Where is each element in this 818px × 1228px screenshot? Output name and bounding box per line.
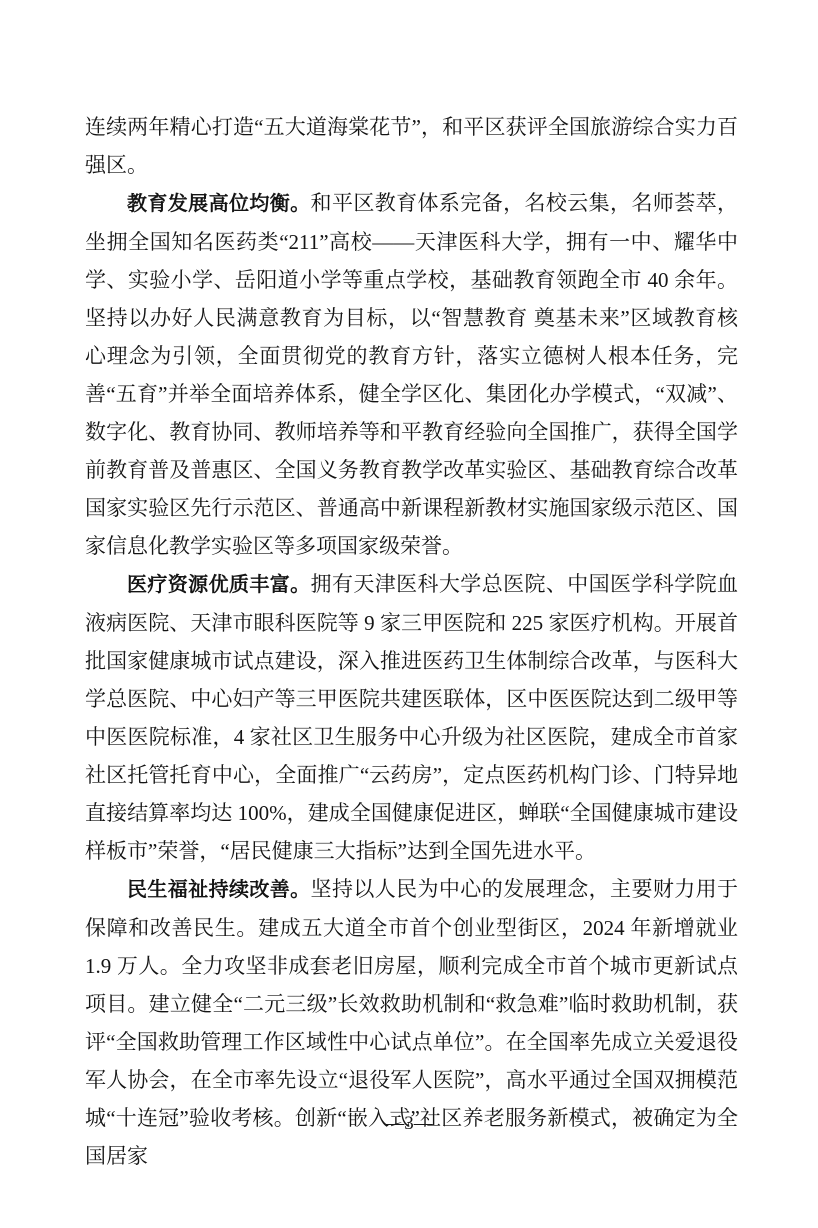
paragraph-lead: 教育发展高位均衡。 xyxy=(127,193,311,215)
paragraph-text: 拥有天津医科大学总医院、中国医学科学院血液病医院、天津市眼科医院等 9 家三甲医… xyxy=(85,572,738,863)
paragraph-text: 和平区教育体系完备，名校云集，名师荟萃，坐拥全国知名医药类“211”高校——天津… xyxy=(85,191,738,558)
paragraph-text: 连续两年精心打造“五大道海棠花节”，和平区获评全国旅游综合实力百强区。 xyxy=(85,115,738,177)
paragraph-lead: 民生福祉持续改善。 xyxy=(127,879,311,901)
text-body: 连续两年精心打造“五大道海棠花节”，和平区获评全国旅游综合实力百强区。 教育发展… xyxy=(85,108,738,1175)
paragraph: 教育发展高位均衡。和平区教育体系完备，名校云集，名师荟萃，坐拥全国知名医药类“2… xyxy=(85,184,738,565)
page-number: —3— xyxy=(0,1110,818,1138)
paragraph: 医疗资源优质丰富。拥有天津医科大学总医院、中国医学科学院血液病医院、天津市眼科医… xyxy=(85,565,738,870)
paragraph: 连续两年精心打造“五大道海棠花节”，和平区获评全国旅游综合实力百强区。 xyxy=(85,108,738,184)
paragraph-lead: 医疗资源优质丰富。 xyxy=(127,574,311,596)
document-page: 连续两年精心打造“五大道海棠花节”，和平区获评全国旅游综合实力百强区。 教育发展… xyxy=(0,0,818,1228)
